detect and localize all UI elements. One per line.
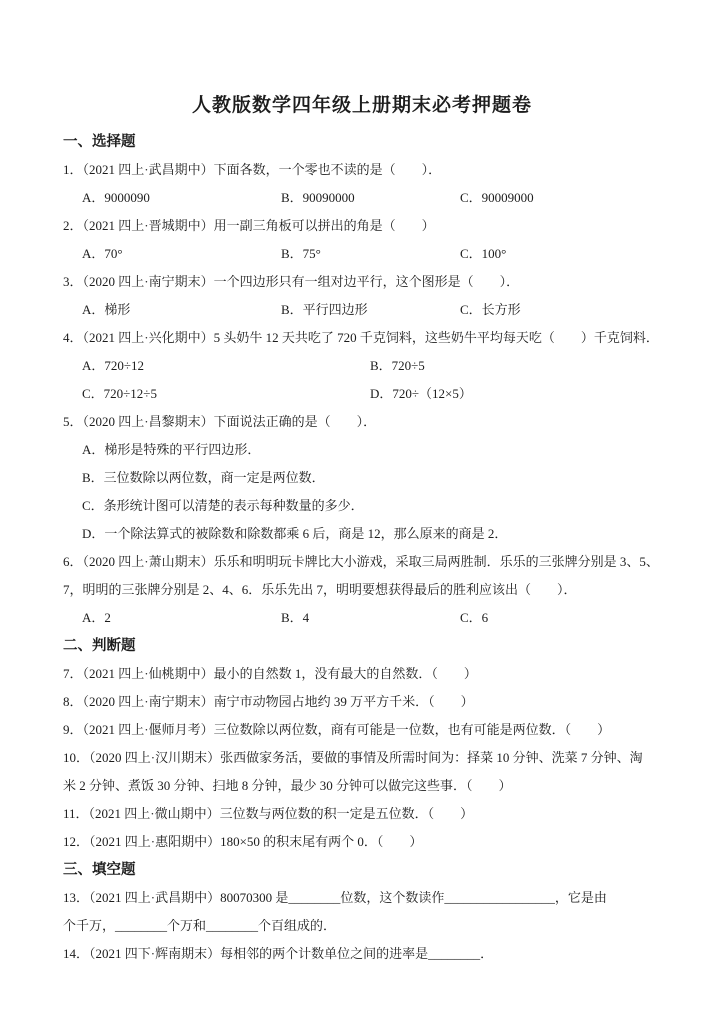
option: C．720÷12÷5 [82,380,370,408]
options-row: C．720÷12÷5D．720÷（12×5） [63,380,661,408]
question-text: 2．（2021 四上·晋城期中）用一副三角板可以拼出的角是（ ） [63,212,661,240]
question-text: 7．（2021 四上·仙桃期中）最小的自然数 1，没有最大的自然数．（ ） [63,660,661,688]
exam-page: 人教版数学四年级上册期末必考押题卷 一、选择题1．（2021 四上·武昌期中）下… [0,0,724,968]
options-row: A．2B．4C．6 [63,604,661,632]
option: B．三位数除以两位数，商一定是两位数． [63,464,661,492]
question-text: 5．（2020 四上·昌黎期末）下面说法正确的是（ ）． [63,408,661,436]
option: C．条形统计图可以清楚的表示每种数量的多少． [63,492,661,520]
option: A．9000090 [82,184,281,212]
question-text: 6．（2020 四上·萧山期末）乐乐和明明玩卡牌比大小游戏，采取三局两胜制．乐乐… [63,548,661,576]
question-text: 7，明明的三张牌分别是 2、4、6．乐乐先出 7，明明要想获得最后的胜利应该出（… [63,576,661,604]
options-row: A．梯形B．平行四边形C．长方形 [63,296,661,324]
option: A．2 [82,604,281,632]
option: B．90090000 [281,184,460,212]
section-heading: 二、判断题 [63,632,661,660]
options-row: A．70°B．75°C．100° [63,240,661,268]
option: C．6 [460,604,661,632]
question-text: 个千万，________个万和________个百组成的． [63,912,661,940]
option: A．梯形是特殊的平行四边形． [63,436,661,464]
question-text: 10．（2020 四上·汉川期末）张西做家务活，要做的事情及所需时间为：择菜 1… [63,744,661,772]
options-row: A．9000090B．90090000C．90009000 [63,184,661,212]
option: B．720÷5 [370,352,661,380]
page-title: 人教版数学四年级上册期末必考押题卷 [63,90,661,122]
section-heading: 三、填空题 [63,856,661,884]
question-text: 9．（2021 四上·偃师月考）三位数除以两位数，商有可能是一位数，也有可能是两… [63,716,661,744]
option: A．70° [82,240,281,268]
option: D．720÷（12×5） [370,380,661,408]
question-text: 11．（2021 四上·微山期中）三位数与两位数的积一定是五位数．（ ） [63,800,661,828]
question-text: 米 2 分钟、煮饭 30 分钟、扫地 8 分钟，最少 30 分钟可以做完这些事．… [63,772,661,800]
section-heading: 一、选择题 [63,128,661,156]
question-text: 12．（2021 四上·惠阳期中）180×50 的积末尾有两个 0．（ ） [63,828,661,856]
options-row: A．720÷12B．720÷5 [63,352,661,380]
question-text: 8．（2020 四上·南宁期末）南宁市动物园占地约 39 万平方千米．（ ） [63,688,661,716]
question-text: 14．（2021 四下·辉南期末）每相邻的两个计数单位之间的进率是_______… [63,940,661,968]
question-text: 3．（2020 四上·南宁期末）一个四边形只有一组对边平行，这个图形是（ ）． [63,268,661,296]
option: C．长方形 [460,296,661,324]
option: A．720÷12 [82,352,370,380]
option: D．一个除法算式的被除数和除数都乘 6 后，商是 12，那么原来的商是 2． [63,520,661,548]
question-text: 1．（2021 四上·武昌期中）下面各数，一个零也不读的是（ ）． [63,156,661,184]
content: 一、选择题1．（2021 四上·武昌期中）下面各数，一个零也不读的是（ ）．A．… [63,128,661,968]
option: C．100° [460,240,661,268]
option: A．梯形 [82,296,281,324]
option: B．75° [281,240,460,268]
option: C．90009000 [460,184,661,212]
option: B．4 [281,604,460,632]
option: B．平行四边形 [281,296,460,324]
question-text: 4．（2021 四上·兴化期中）5 头奶牛 12 天共吃了 720 千克饲料，这… [63,324,661,352]
question-text: 13．（2021 四上·武昌期中）80070300 是________位数，这个… [63,884,661,912]
